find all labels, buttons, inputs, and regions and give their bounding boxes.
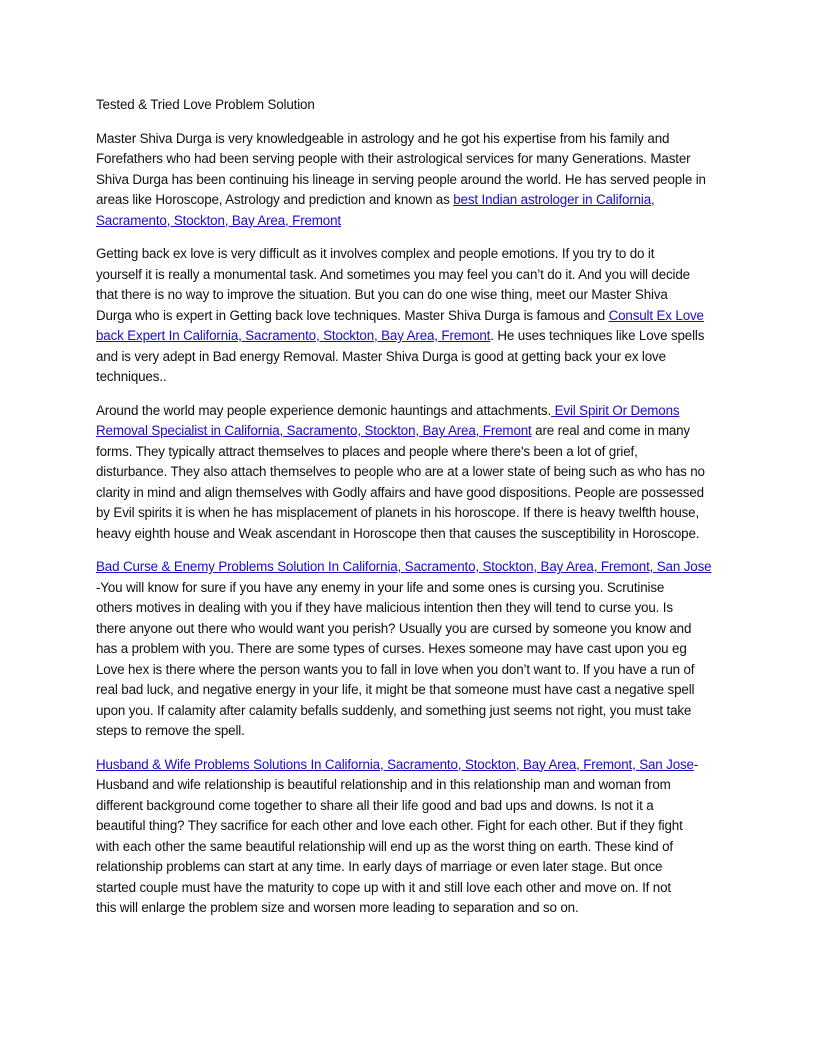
text-run: upon you. If calamity after calamity bef… <box>96 703 691 718</box>
text-line: others motives in dealing with you if th… <box>96 598 726 619</box>
text-run: has a problem with you. There are some t… <box>96 641 687 656</box>
text-line: Shiva Durga has been continuing his line… <box>96 170 726 191</box>
text-run: with each other the same beautiful relat… <box>96 839 673 854</box>
text-line: and is very adept in Bad energy Removal.… <box>96 347 726 368</box>
text-run: clarity in mind and align themselves wit… <box>96 485 704 500</box>
link-best-indian-astrologer[interactable]: best Indian astrologer in California, <box>453 192 654 207</box>
text-line: with each other the same beautiful relat… <box>96 837 726 858</box>
text-run: Durga who is expert in Getting back love… <box>96 308 609 323</box>
text-run: disturbance. They also attach themselves… <box>96 464 705 479</box>
text-run: are real and come in many <box>532 423 690 438</box>
text-run: Master Shiva Durga is very knowledgeable… <box>96 131 669 146</box>
text-line: clarity in mind and align themselves wit… <box>96 483 726 504</box>
text-run: by Evil spirits it is when he has mispla… <box>96 505 699 520</box>
text-run: heavy eighth house and Weak ascendant in… <box>96 526 699 541</box>
text-line: forms. They typically attract themselves… <box>96 442 726 463</box>
text-line: techniques.. <box>96 367 726 388</box>
paragraph: Around the world may people experience d… <box>96 401 726 545</box>
text-line: real bad luck, and negative energy in yo… <box>96 680 726 701</box>
link-evil-spirit-removal-specialist[interactable]: Evil Spirit Or Demons <box>551 403 679 418</box>
text-run: that there is no way to improve the situ… <box>96 287 668 302</box>
text-line: started couple must have the maturity to… <box>96 878 726 899</box>
text-run: Husband and wife relationship is beautif… <box>96 777 671 792</box>
text-run: started couple must have the maturity to… <box>96 880 671 895</box>
text-line: this will enlarge the problem size and w… <box>96 898 726 919</box>
text-run: yourself it is really a monumental task.… <box>96 267 690 282</box>
text-run: Shiva Durga has been continuing his line… <box>96 172 706 187</box>
text-line: Durga who is expert in Getting back love… <box>96 306 726 327</box>
text-line: that there is no way to improve the situ… <box>96 285 726 306</box>
text-line: back Expert In California, Sacramento, S… <box>96 326 726 347</box>
text-line: has a problem with you. There are some t… <box>96 639 726 660</box>
text-run: beautiful thing? They sacrifice for each… <box>96 818 683 833</box>
text-run: and is very adept in Bad energy Removal.… <box>96 349 666 364</box>
text-line: yourself it is really a monumental task.… <box>96 265 726 286</box>
text-line: upon you. If calamity after calamity bef… <box>96 701 726 722</box>
text-run: steps to remove the spell. <box>96 723 245 738</box>
text-run: real bad luck, and negative energy in yo… <box>96 682 694 697</box>
text-line: disturbance. They also attach themselves… <box>96 462 726 483</box>
text-line: Bad Curse & Enemy Problems Solution In C… <box>96 557 726 578</box>
text-line: Love hex is there where the person wants… <box>96 660 726 681</box>
document-title: Tested & Tried Love Problem Solution <box>96 95 726 116</box>
paragraph: Master Shiva Durga is very knowledgeable… <box>96 129 726 232</box>
link-bad-curse-enemy-problems[interactable]: Bad Curse & Enemy Problems Solution In C… <box>96 559 711 574</box>
text-run: . He uses techniques like Love spells <box>490 328 704 343</box>
text-line: heavy eighth house and Weak ascendant in… <box>96 524 726 545</box>
paragraph-container: Master Shiva Durga is very knowledgeable… <box>96 129 726 919</box>
text-run: this will enlarge the problem size and w… <box>96 900 579 915</box>
text-run: -You will know for sure if you have any … <box>96 580 664 595</box>
text-line: Sacramento, Stockton, Bay Area, Fremont <box>96 211 726 232</box>
link-evil-spirit-removal-specialist[interactable]: Removal Specialist in California, Sacram… <box>96 423 532 438</box>
text-line: relationship problems can start at any t… <box>96 857 726 878</box>
text-run: relationship problems can start at any t… <box>96 859 662 874</box>
text-line: areas like Horoscope, Astrology and pred… <box>96 190 726 211</box>
text-line: Forefathers who had been serving people … <box>96 149 726 170</box>
link-consult-ex-love-back-expert[interactable]: Consult Ex Love <box>609 308 704 323</box>
text-line: steps to remove the spell. <box>96 721 726 742</box>
paragraph: Husband & Wife Problems Solutions In Cal… <box>96 755 726 919</box>
text-run: Getting back ex love is very difficult a… <box>96 246 654 261</box>
document-page: Tested & Tried Love Problem Solution Mas… <box>0 0 816 1056</box>
text-line: Husband & Wife Problems Solutions In Cal… <box>96 755 726 776</box>
text-line: Getting back ex love is very difficult a… <box>96 244 726 265</box>
text-line: Around the world may people experience d… <box>96 401 726 422</box>
text-line: there anyone out there who would want yo… <box>96 619 726 640</box>
text-line: Removal Specialist in California, Sacram… <box>96 421 726 442</box>
text-run: different background come together to sh… <box>96 798 654 813</box>
text-line: by Evil spirits it is when he has mispla… <box>96 503 726 524</box>
text-line: different background come together to sh… <box>96 796 726 817</box>
text-run: Love hex is there where the person wants… <box>96 662 694 677</box>
text-run: techniques.. <box>96 369 166 384</box>
text-run: Around the world may people experience d… <box>96 403 551 418</box>
link-consult-ex-love-back-expert[interactable]: back Expert In California, Sacramento, S… <box>96 328 490 343</box>
text-line: Master Shiva Durga is very knowledgeable… <box>96 129 726 150</box>
text-line: beautiful thing? They sacrifice for each… <box>96 816 726 837</box>
link-husband-wife-problems[interactable]: Husband & Wife Problems Solutions In Cal… <box>96 757 694 772</box>
text-run: others motives in dealing with you if th… <box>96 600 673 615</box>
text-run: - <box>694 757 698 772</box>
paragraph: Bad Curse & Enemy Problems Solution In C… <box>96 557 726 742</box>
text-run: there anyone out there who would want yo… <box>96 621 691 636</box>
document-body: Tested & Tried Love Problem Solution Mas… <box>96 95 726 932</box>
link-best-indian-astrologer[interactable]: Sacramento, Stockton, Bay Area, Fremont <box>96 213 341 228</box>
text-run: Forefathers who had been serving people … <box>96 151 690 166</box>
text-run: forms. They typically attract themselves… <box>96 444 638 459</box>
text-run: areas like Horoscope, Astrology and pred… <box>96 192 453 207</box>
text-line: -You will know for sure if you have any … <box>96 578 726 599</box>
text-line: Husband and wife relationship is beautif… <box>96 775 726 796</box>
paragraph: Getting back ex love is very difficult a… <box>96 244 726 388</box>
